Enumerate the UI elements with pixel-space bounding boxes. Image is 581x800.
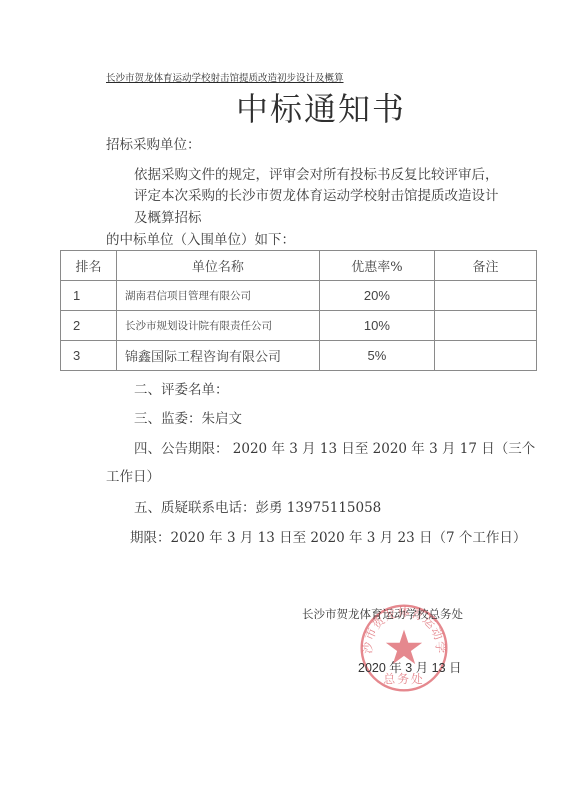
cell-rank: 3 xyxy=(61,341,117,371)
section-notice-period-line-1: 四、公告期限： 2020 年 3 月 13 日至 2020 年 3 月 17 日… xyxy=(134,437,535,457)
section-objection-period: 期限：2020 年 3 月 13 日至 2020 年 3 月 23 日（7 个工… xyxy=(130,526,526,546)
cell-rank: 1 xyxy=(61,281,117,311)
recipient-label: 招标采购单位： xyxy=(106,133,201,153)
body-line-3: 及概算招标 xyxy=(134,206,202,226)
cell-company-name: 湖南君信项目管理有限公司 xyxy=(116,281,319,311)
table-row: 1 湖南君信项目管理有限公司 20% xyxy=(61,281,537,311)
cell-discount-rate: 10% xyxy=(319,311,434,341)
cell-discount-rate: 20% xyxy=(319,281,434,311)
section-contact-phone: 五、质疑联系电话：彭勇 13975115058 xyxy=(134,496,381,516)
header-discount-rate: 优惠率% xyxy=(319,251,434,281)
header-rank: 排名 xyxy=(61,251,117,281)
body-line-4: 的中标单位（入围单位）如下： xyxy=(106,228,295,248)
winning-bidders-table: 排名 单位名称 优惠率% 备注 1 湖南君信项目管理有限公司 20% 2 长沙市… xyxy=(60,250,537,371)
signing-date: 2020 年 3 月 13 日 xyxy=(358,658,462,676)
header-company-name: 单位名称 xyxy=(116,251,319,281)
body-line-2: 评定本次采购的长沙市贺龙体育运动学校射击馆提质改造设计 xyxy=(134,184,499,204)
table-row: 2 长沙市规划设计院有限责任公司 10% xyxy=(61,311,537,341)
project-header-line: 长沙市贺龙体育运动学校射击馆提质改造初步设计及概算 xyxy=(106,70,344,84)
page-title: 中标通知书 xyxy=(236,84,406,130)
table-header-row: 排名 单位名称 优惠率% 备注 xyxy=(61,251,537,281)
header-remarks: 备注 xyxy=(434,251,536,281)
cell-rank: 2 xyxy=(61,311,117,341)
cell-remarks xyxy=(434,341,536,371)
cell-discount-rate: 5% xyxy=(319,341,434,371)
table-row: 3 锦鑫国际工程咨询有限公司 5% xyxy=(61,341,537,371)
cell-remarks xyxy=(434,311,536,341)
section-supervisor: 三、监委：朱启文 xyxy=(134,407,242,427)
cell-company-name: 锦鑫国际工程咨询有限公司 xyxy=(116,341,319,371)
cell-company-name: 长沙市规划设计院有限责任公司 xyxy=(116,311,319,341)
section-notice-period-line-2: 工作日） xyxy=(106,465,160,485)
cell-remarks xyxy=(434,281,536,311)
section-judges: 二、评委名单： xyxy=(134,378,229,398)
signing-organization: 长沙市贺龙体育运动学校总务处 xyxy=(302,606,463,622)
body-line-1: 依据采购文件的规定，评审会对所有投标书反复比较评审后， xyxy=(134,163,499,183)
